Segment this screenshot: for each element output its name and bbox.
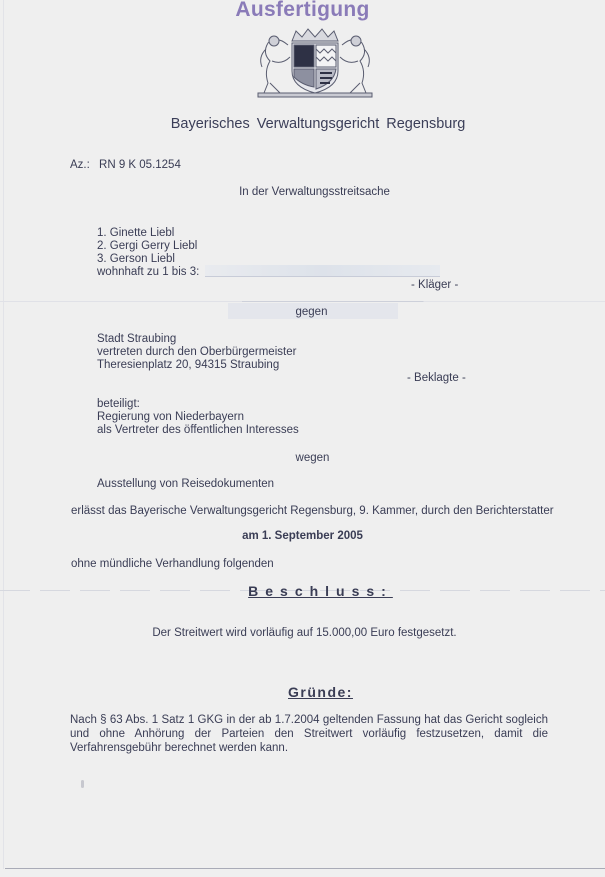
scan-speck	[81, 780, 84, 788]
plaintiff-3: 3. Gerson Liebl	[97, 253, 199, 266]
case-intro: In der Verwaltungsstreitsache	[12, 186, 605, 199]
decision-heading: Beschluss:	[248, 583, 393, 599]
decision-text: Der Streitwert wird vorläufig auf 15.000…	[2, 627, 605, 640]
decision-date: am 1. September 2005	[0, 530, 605, 543]
defendant-line-2: vertreten durch den Oberbürgermeister	[97, 346, 296, 359]
involved-label: beteiligt:	[97, 398, 299, 411]
plaintiffs-residence: wohnhaft zu 1 bis 3:	[97, 266, 199, 279]
bavarian-coat-of-arms-icon	[250, 27, 380, 99]
involved-block: beteiligt: Regierung von Niederbayern al…	[97, 398, 299, 437]
redacted-address	[205, 265, 440, 277]
involved-line-1: Regierung von Niederbayern	[97, 411, 299, 424]
defendant-block: Stadt Straubing vertreten durch den Ober…	[97, 333, 296, 372]
plaintiff-1: 1. Ginette Liebl	[97, 227, 199, 240]
reasons-heading-wrap: Gründe:	[18, 684, 605, 702]
file-number: RN 9 K 05.1254	[99, 159, 181, 171]
issuance-statement: erlässt das Bayerische Verwaltungsgerich…	[71, 505, 554, 518]
file-number-row: Az.: RN 9 K 05.1254	[70, 159, 181, 172]
versus-label: gegen	[9, 306, 605, 319]
plaintiff-2: 2. Gergi Gerry Liebl	[97, 240, 199, 253]
reasons-text: Nach § 63 Abs. 1 Satz 1 GKG in der ab 1.…	[70, 713, 548, 755]
case-subject: Ausstellung von Reisedokumenten	[97, 478, 274, 491]
plaintiffs-list: 1. Ginette Liebl 2. Gergi Gerry Liebl 3.…	[97, 227, 199, 279]
court-name: Bayerisches Verwaltungsgericht Regensbur…	[0, 116, 605, 132]
defendant-role: - Beklagte -	[407, 372, 466, 385]
regarding-label: wegen	[10, 452, 605, 465]
defendant-line-1: Stadt Straubing	[97, 333, 296, 346]
scanned-court-document: Ausfertigung	[0, 0, 605, 877]
without-hearing: ohne mündliche Verhandlung folgenden	[71, 558, 274, 571]
scan-artifact-line	[0, 301, 605, 302]
decision-heading-wrap: Beschluss:	[18, 583, 605, 601]
plaintiffs-role: - Kläger -	[411, 279, 458, 292]
scan-edge-bottom	[5, 868, 605, 869]
reasons-heading: Gründe:	[288, 684, 353, 700]
involved-line-2: als Vertreter des öffentlichen Interesse…	[97, 424, 299, 437]
ausfertigung-stamp: Ausfertigung	[0, 0, 605, 22]
file-number-label: Az.:	[70, 159, 90, 171]
defendant-line-3: Theresienplatz 20, 94315 Straubing	[97, 359, 296, 372]
